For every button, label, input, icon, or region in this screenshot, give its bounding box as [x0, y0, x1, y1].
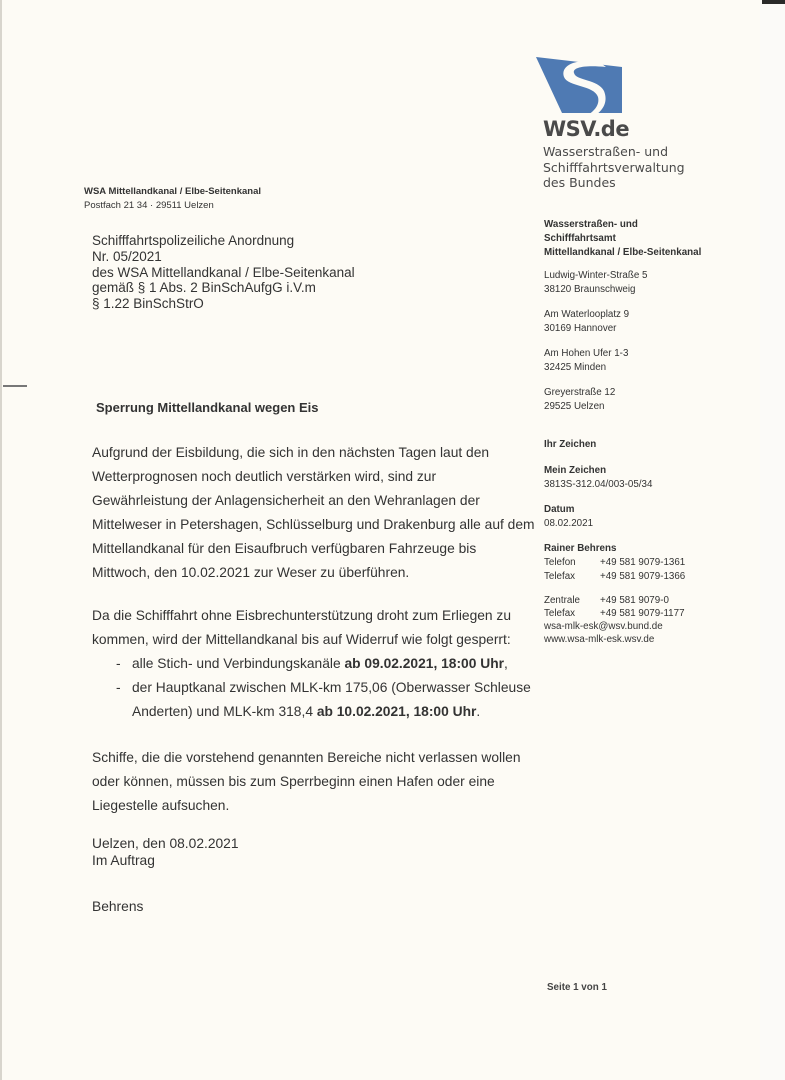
contact-website: www.wsa-mlk-esk.wsv.de	[544, 633, 685, 646]
location-street: Ludwig-Winter-Straße 5	[544, 269, 647, 283]
contact-value: +49 581 9079-0	[600, 594, 669, 607]
closing-block: Uelzen, den 08.02.2021 Im Auftrag	[92, 836, 239, 869]
list-text: der Hauptkanal zwischen MLK-km 175,06 (O…	[132, 676, 531, 700]
list-dash: -	[92, 676, 132, 700]
datum-label: Datum	[544, 503, 593, 517]
list-text: Anderten) und MLK-km 318,4	[132, 704, 317, 719]
contact-label: Telefax	[544, 607, 600, 620]
contact-row: Telefon +49 581 9079-1361	[544, 556, 685, 570]
central-contact-block: Zentrale +49 581 9079-0 Telefax +49 581 …	[544, 594, 685, 646]
list-continuation: Anderten) und MLK-km 318,4 ab 10.02.2021…	[92, 700, 531, 724]
contact-row: Telefax +49 581 9079-1366	[544, 570, 685, 584]
paragraph-line: Da die Schifffahrt ohne Eisbrechunterstü…	[92, 604, 531, 628]
paragraph-line: Mittwoch, den 10.02.2021 zur Weser zu üb…	[92, 561, 535, 585]
paragraph-line: Aufgrund der Eisbildung, die sich in den…	[92, 441, 535, 465]
wsv-logo-icon	[536, 57, 624, 115]
contact-email: wsa-mlk-esk@wsv.bund.de	[544, 620, 685, 633]
list-dash: -	[92, 652, 132, 676]
authority-name-line: Mittellandkanal / Elbe-Seitenkanal	[544, 246, 701, 260]
authority-name-line: Schifffahrtsamt	[544, 232, 701, 246]
order-line: Schifffahrtspolizeiliche Anordnung	[92, 233, 355, 249]
ihr-zeichen-label: Ihr Zeichen	[544, 438, 596, 452]
brand-subtitle-line: Schifffahrtsverwaltung	[543, 160, 733, 176]
authority-name: Wasserstraßen- und Schifffahrtsamt Mitte…	[544, 218, 701, 260]
paragraph-2: Da die Schifffahrt ohne Eisbrechunterstü…	[92, 604, 531, 724]
contact-block: Rainer Behrens Telefon +49 581 9079-1361…	[544, 542, 685, 584]
location-city: 38120 Braunschweig	[544, 283, 647, 297]
scan-corner-mark	[762, 0, 785, 4]
scan-right-margin	[760, 0, 785, 1080]
brand-name: WSV.de	[543, 117, 629, 141]
closure-list-item: - alle Stich- und Verbindungskanäle ab 0…	[92, 652, 531, 676]
page-number: Seite 1 von 1	[547, 982, 607, 993]
location-street: Am Waterlooplatz 9	[544, 308, 629, 322]
location-city: 30169 Hannover	[544, 322, 629, 336]
paragraph-line: oder können, müssen bis zum Sperrbeginn …	[92, 770, 521, 794]
location-hannover: Am Waterlooplatz 9 30169 Hannover	[544, 308, 629, 336]
brand-subtitle: Wasserstraßen- und Schifffahrtsverwaltun…	[543, 144, 733, 191]
mein-zeichen-value: 3813S-312.04/003-05/34	[544, 478, 652, 492]
contact-value: +49 581 9079-1361	[600, 556, 685, 570]
order-line: des WSA Mittellandkanal / Elbe-Seitenkan…	[92, 265, 355, 281]
fold-mark	[3, 385, 27, 387]
paragraph-line: Schiffe, die die vorstehend genannten Be…	[92, 746, 521, 770]
location-street: Am Hohen Ufer 1-3	[544, 347, 628, 361]
paragraph-line: Liegestelle aufsuchen.	[92, 794, 521, 818]
scan-left-edge	[0, 0, 2, 1080]
location-uelzen: Greyerstraße 12 29525 Uelzen	[544, 386, 615, 414]
closure-list-item: - der Hauptkanal zwischen MLK-km 175,06 …	[92, 676, 531, 700]
list-text: alle Stich- und Verbindungskanäle	[132, 656, 344, 671]
list-tail: ,	[504, 656, 508, 671]
authority-name-line: Wasserstraßen- und	[544, 218, 701, 232]
paragraph-line: kommen, wird der Mittellandkanal bis auf…	[92, 628, 531, 652]
paragraph-line: Gewährleistung der Anlagensicherheit an …	[92, 489, 535, 513]
list-bold-date: ab 09.02.2021, 18:00 Uhr	[344, 656, 504, 671]
sender-block: WSA Mittellandkanal / Elbe-Seitenkanal P…	[84, 185, 261, 213]
sender-address: Postfach 21 34 · 29511 Uelzen	[84, 199, 261, 213]
datum-value: 08.02.2021	[544, 517, 593, 531]
order-line: § 1.22 BinSchStrO	[92, 296, 355, 312]
order-line: gemäß § 1 Abs. 2 BinSchAufgG i.V.m	[92, 280, 355, 296]
brand-subtitle-line: des Bundes	[543, 175, 733, 191]
location-city: 29525 Uelzen	[544, 400, 615, 414]
paragraph-line: Mittellandkanal für den Eisaufbruch verf…	[92, 537, 535, 561]
paragraph-3: Schiffe, die die vorstehend genannten Be…	[92, 746, 521, 818]
contact-label: Telefax	[544, 570, 600, 584]
paragraph-line: Mittelweser in Petershagen, Schlüsselbur…	[92, 513, 535, 537]
on-behalf: Im Auftrag	[92, 853, 239, 870]
contact-label: Zentrale	[544, 594, 600, 607]
location-street: Greyerstraße 12	[544, 386, 615, 400]
datum: Datum 08.02.2021	[544, 503, 593, 531]
mein-zeichen: Mein Zeichen 3813S-312.04/003-05/34	[544, 464, 652, 492]
contact-value: +49 581 9079-1366	[600, 570, 685, 584]
paragraph-1: Aufgrund der Eisbildung, die sich in den…	[92, 441, 535, 585]
mein-zeichen-label: Mein Zeichen	[544, 464, 652, 478]
paragraph-line: Wetterprognosen noch deutlich verstärken…	[92, 465, 535, 489]
sender-name: WSA Mittellandkanal / Elbe-Seitenkanal	[84, 185, 261, 199]
contact-row: Telefax +49 581 9079-1177	[544, 607, 685, 620]
contact-value: +49 581 9079-1177	[600, 607, 685, 620]
contact-person: Rainer Behrens	[544, 542, 685, 556]
place-date: Uelzen, den 08.02.2021	[92, 836, 239, 853]
list-bold-date: ab 10.02.2021, 18:00 Uhr	[317, 704, 477, 719]
list-tail: .	[476, 704, 480, 719]
order-header: Schifffahrtspolizeiliche Anordnung Nr. 0…	[92, 233, 355, 312]
location-city: 32425 Minden	[544, 361, 628, 375]
subject-heading: Sperrung Mittellandkanal wegen Eis	[96, 400, 319, 415]
contact-row: Zentrale +49 581 9079-0	[544, 594, 685, 607]
signature-name: Behrens	[92, 899, 143, 914]
brand-subtitle-line: Wasserstraßen- und	[543, 144, 733, 160]
contact-label: Telefon	[544, 556, 600, 570]
location-braunschweig: Ludwig-Winter-Straße 5 38120 Braunschwei…	[544, 269, 647, 297]
order-line: Nr. 05/2021	[92, 249, 355, 265]
location-minden: Am Hohen Ufer 1-3 32425 Minden	[544, 347, 628, 375]
